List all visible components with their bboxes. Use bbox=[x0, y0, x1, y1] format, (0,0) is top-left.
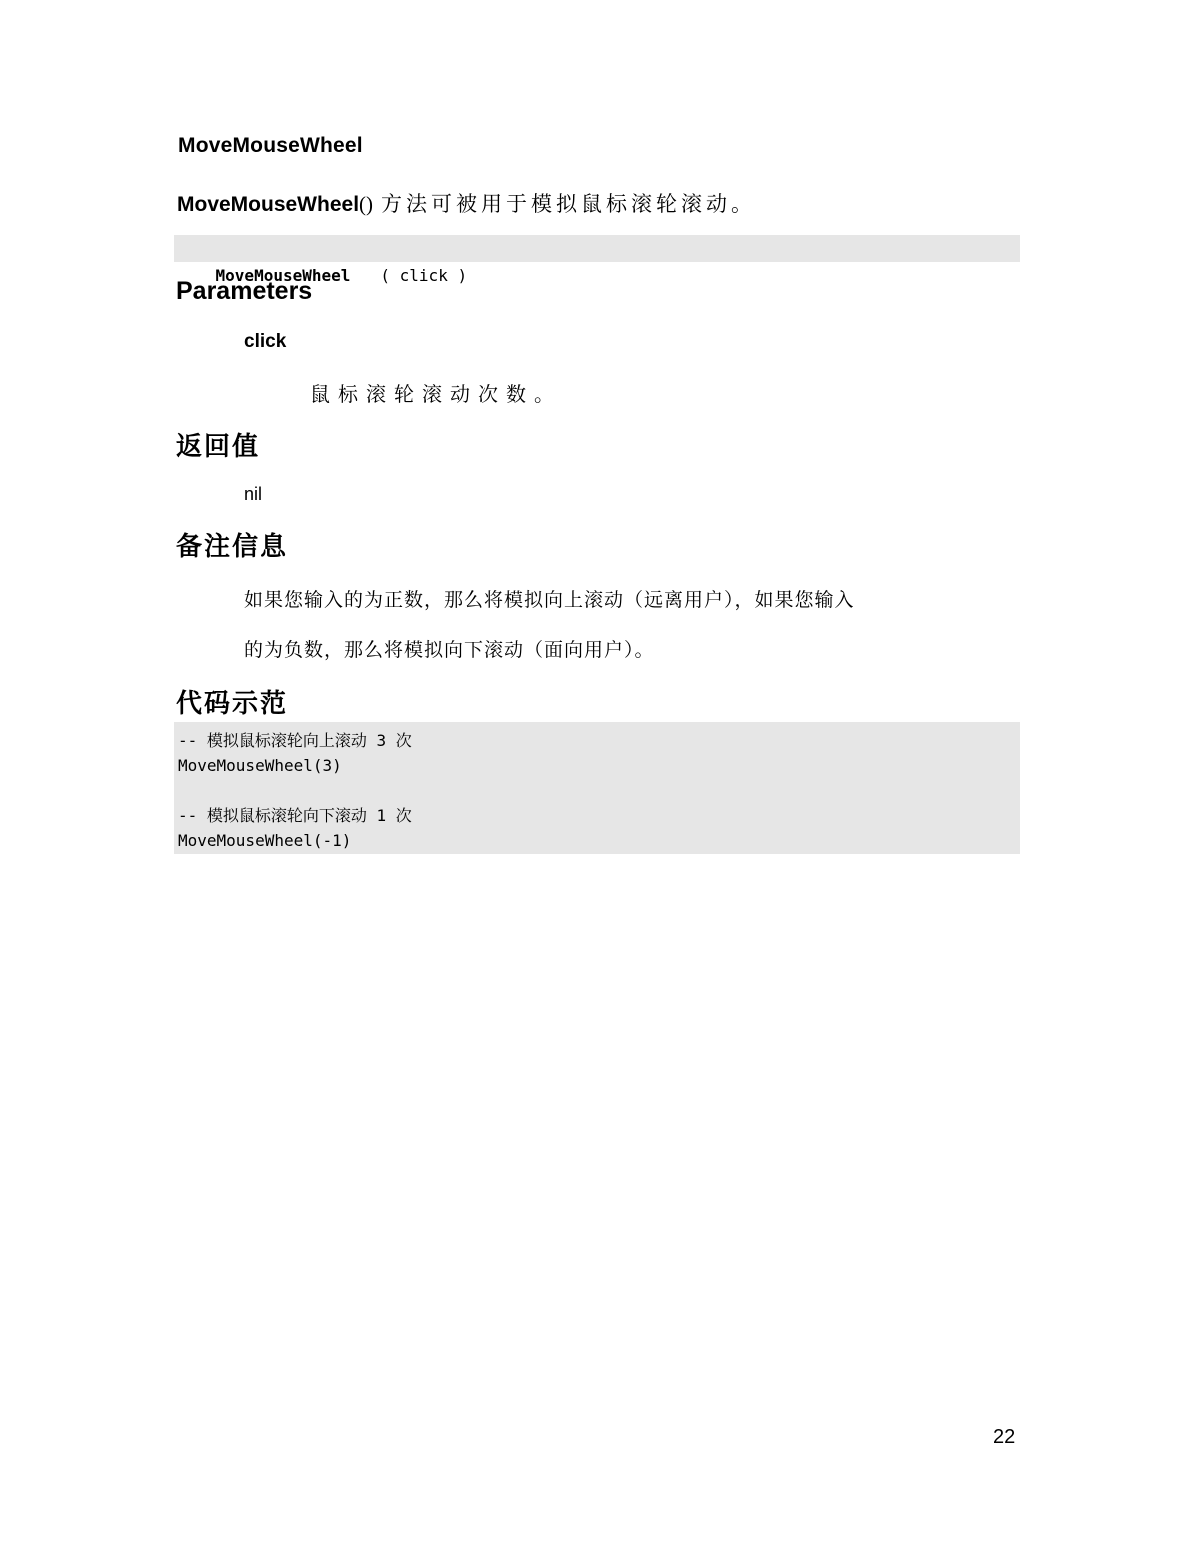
intro-line: MoveMouseWheel()方法可被用于模拟鼠标滚轮滚动。 bbox=[177, 188, 756, 218]
param-description: 鼠标滚轮滚动次数。 bbox=[310, 378, 562, 407]
function-signature-bar: MoveMouseWheel( click ) bbox=[174, 235, 1020, 262]
code-line-call-2: MoveMouseWheel(-1) bbox=[178, 828, 1020, 853]
param-name-click: click bbox=[244, 331, 286, 353]
code-sample-heading: 代码示范 bbox=[176, 683, 288, 720]
code-line-call-1: MoveMouseWheel(3) bbox=[178, 753, 1020, 778]
intro-parens: () bbox=[359, 192, 373, 216]
code-sample-block: -- 模拟鼠标滚轮向上滚动 3 次 MoveMouseWheel(3) -- 模… bbox=[174, 722, 1020, 854]
signature-args: ( click ) bbox=[380, 266, 467, 285]
code-line-comment-2: -- 模拟鼠标滚轮向下滚动 1 次 bbox=[178, 803, 1020, 828]
code-line-comment-1: -- 模拟鼠标滚轮向上滚动 3 次 bbox=[178, 728, 1020, 753]
document-page: MoveMouseWheel MoveMouseWheel()方法可被用于模拟鼠… bbox=[0, 0, 1192, 1543]
remarks-line-2: 的为负数，那么将模拟向下滚动（面向用户）。 bbox=[244, 635, 655, 662]
remarks-heading: 备注信息 bbox=[176, 526, 288, 563]
return-value-heading: 返回值 bbox=[176, 426, 260, 463]
page-number: 22 bbox=[993, 1426, 1015, 1449]
parameters-heading: Parameters bbox=[176, 277, 312, 306]
code-line-blank bbox=[178, 778, 1020, 803]
return-value-text: nil bbox=[244, 484, 262, 505]
page-title: MoveMouseWheel bbox=[178, 134, 363, 158]
intro-description: 方法可被用于模拟鼠标滚轮滚动。 bbox=[381, 192, 756, 216]
intro-function-name: MoveMouseWheel bbox=[177, 193, 359, 216]
remarks-line-1: 如果您输入的为正数，那么将模拟向上滚动（远离用户），如果您输入 bbox=[244, 585, 855, 612]
